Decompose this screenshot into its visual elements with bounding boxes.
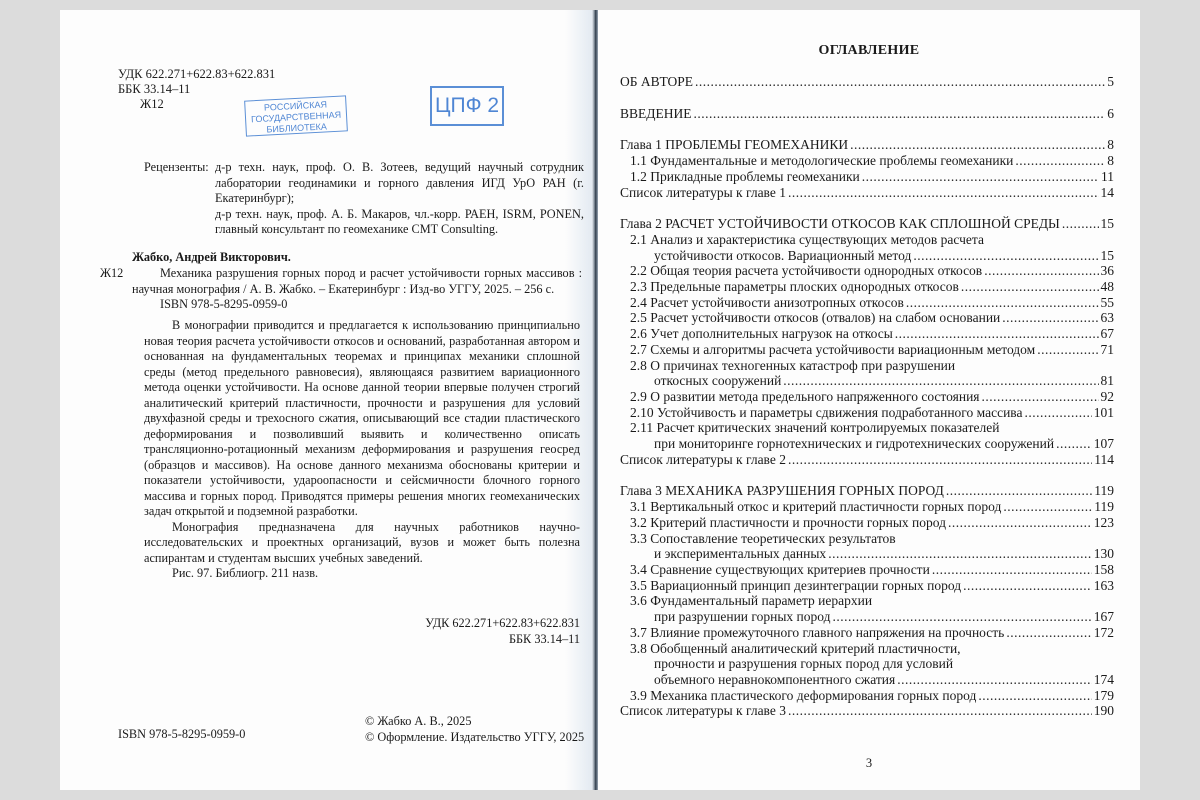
reviewers-block: Рецензенты: д-р техн. наук, проф. О. В. … (144, 160, 584, 238)
toc-entry-title: 2.9 О развитии метода предельного напряж… (630, 389, 980, 405)
toc-entry[interactable]: 3.9 Механика пластического деформировани… (620, 688, 1114, 704)
toc-entry-title: 2.7 Схемы и алгоритмы расчета устойчивос… (630, 342, 1035, 358)
toc-entry-title: 2.10 Устойчивость и параметры сдвижения … (630, 405, 1022, 421)
reviewers-label: Рецензенты: (144, 160, 209, 176)
toc-entry[interactable]: Глава 2 РАСЧЕТ УСТОЙЧИВОСТИ ОТКОСОВ КАК … (620, 216, 1114, 232)
toc-entry-page: 71 (1101, 342, 1115, 358)
toc-entry[interactable]: Глава 1 ПРОБЛЕМЫ ГЕОМЕХАНИКИ8 (620, 137, 1114, 153)
toc-entry-title: при разрушении горных пород (654, 609, 830, 625)
toc-entry-page: 123 (1094, 515, 1114, 531)
dot-leader (783, 373, 1098, 389)
dot-leader (695, 74, 1105, 90)
bottom-udk: УДК 622.271+622.83+622.831 (425, 616, 580, 632)
dot-leader (946, 483, 1092, 499)
toc-entry-title[interactable]: 3.6 Фундаментальный параметр иерархии (620, 593, 1114, 609)
toc-entry[interactable]: 2.10 Устойчивость и параметры сдвижения … (620, 405, 1114, 421)
toc-entry[interactable]: 2.2 Общая теория расчета устойчивости од… (620, 263, 1114, 279)
isbn-line: ISBN 978-5-8295-0959-0 (160, 297, 582, 313)
toc-entry[interactable]: 2.5 Расчет устойчивости откосов (отвалов… (620, 310, 1114, 326)
toc-entry-page: 119 (1094, 483, 1114, 499)
toc-entry-page: 14 (1101, 185, 1115, 201)
toc-entry-title[interactable]: 2.11 Расчет критических значений контрол… (620, 420, 1114, 436)
toc-entry[interactable]: 2.4 Расчет устойчивости анизотропных отк… (620, 295, 1114, 311)
dot-leader (1024, 405, 1091, 421)
toc-entry-title: 3.5 Вариационный принцип дезинтеграции г… (630, 578, 961, 594)
toc-entry-page: 8 (1107, 137, 1114, 153)
dot-leader (932, 562, 1092, 578)
toc-entry-page: 107 (1094, 436, 1114, 452)
toc-entry[interactable]: ОБ АВТОРЕ5 (620, 74, 1114, 90)
left-page-imprint: УДК 622.271+622.83+622.831 ББК 33.14–11 … (60, 10, 592, 790)
dot-leader (963, 578, 1092, 594)
toc-entry-page: 48 (1101, 279, 1115, 295)
toc-entry-page: 190 (1094, 703, 1114, 719)
copyright-block: © Жабко А. В., 2025 © Оформление. Издате… (365, 714, 584, 745)
toc-entry[interactable]: 3.7 Влияние промежуточного главного напр… (620, 625, 1114, 641)
toc-entry-title: Список литературы к главе 3 (620, 703, 786, 719)
toc-entry-page: 158 (1094, 562, 1114, 578)
toc-entry-title: и экспериментальных данных (654, 546, 826, 562)
dot-leader (961, 279, 1099, 295)
toc-entry-title: 3.1 Вертикальный откос и критерий пласти… (630, 499, 1001, 515)
toc-entry-title: ВВЕДЕНИЕ (620, 106, 691, 122)
udk-code: УДК 622.271+622.83+622.831 (118, 67, 275, 82)
dot-leader (913, 248, 1098, 264)
bottom-bbk: ББК 33.14–11 (425, 632, 580, 648)
toc-entry-page: 172 (1094, 625, 1114, 641)
dot-leader (1037, 342, 1098, 358)
reviewer-2: д-р техн. наук, проф. А. Б. Макаров, чл.… (215, 207, 584, 238)
dot-leader (978, 688, 1091, 704)
toc-entry-title: устойчивости откосов. Вариационный метод (654, 248, 911, 264)
dot-leader (1015, 153, 1105, 169)
toc-entry-page: 163 (1094, 578, 1114, 594)
toc-entry-title: при мониторинге горнотехнических и гидро… (654, 436, 1054, 452)
toc-entry-title: Глава 2 РАСЧЕТ УСТОЙЧИВОСТИ ОТКОСОВ КАК … (620, 216, 1060, 232)
toc-entry-page: 15 (1101, 216, 1115, 232)
library-stamp: РОССИЙСКАЯ ГОСУДАРСТВЕННАЯ БИБЛИОТЕКА (244, 95, 348, 136)
toc-entry[interactable]: объемного неравнокомпонентного сжатия174 (620, 672, 1114, 688)
dot-leader (1002, 310, 1098, 326)
toc-entry-page: 6 (1107, 106, 1114, 122)
toc-entry-page: 174 (1094, 672, 1114, 688)
toc-entry-title: 3.7 Влияние промежуточного главного напр… (630, 625, 1004, 641)
toc-entry-page: 8 (1107, 153, 1114, 169)
toc-entry-page: 114 (1094, 452, 1114, 468)
dot-leader (906, 295, 1099, 311)
toc-entry-page: 119 (1094, 499, 1114, 515)
toc-entry[interactable]: 3.4 Сравнение существующих критериев про… (620, 562, 1114, 578)
table-of-contents: ОБ АВТОРЕ5ВВЕДЕНИЕ6Глава 1 ПРОБЛЕМЫ ГЕОМ… (620, 74, 1114, 719)
toc-entry-title: 1.2 Прикладные проблемы геомеханики (630, 169, 860, 185)
toc-entry[interactable]: Список литературы к главе 114 (620, 185, 1114, 201)
abstract-paragraph: Монография предназначена для научных раб… (144, 520, 580, 567)
bib-code: Ж12 (100, 266, 123, 282)
toc-entry-title[interactable]: 3.8 Обобщенный аналитический критерий пл… (620, 641, 1114, 657)
toc-entry-title: Список литературы к главе 1 (620, 185, 786, 201)
toc-entry-title: откосных сооружений (654, 373, 781, 389)
toc-entry[interactable]: откосных сооружений81 (620, 373, 1114, 389)
book-spread: УДК 622.271+622.83+622.831 ББК 33.14–11 … (60, 10, 1140, 790)
toc-entry[interactable]: устойчивости откосов. Вариационный метод… (620, 248, 1114, 264)
toc-entry-title[interactable]: 2.8 О причинах техногенных катастроф при… (620, 358, 1114, 374)
toc-entry[interactable]: при разрушении горных пород167 (620, 609, 1114, 625)
toc-entry[interactable]: 1.1 Фундаментальные и методологические п… (620, 153, 1114, 169)
toc-entry[interactable]: 3.2 Критерий пластичности и прочности го… (620, 515, 1114, 531)
dot-leader (982, 389, 1099, 405)
toc-entry-page: 130 (1094, 546, 1114, 562)
toc-entry[interactable]: при мониторинге горнотехнических и гидро… (620, 436, 1114, 452)
toc-entry-page: 81 (1101, 373, 1115, 389)
toc-entry-title: 2.5 Расчет устойчивости откосов (отвалов… (630, 310, 1000, 326)
toc-entry-title: 3.9 Механика пластического деформировани… (630, 688, 976, 704)
dot-leader (1003, 499, 1092, 515)
dot-leader (897, 672, 1092, 688)
toc-entry-page: 15 (1101, 248, 1115, 264)
toc-entry-title[interactable]: 2.1 Анализ и характеристика существующих… (620, 232, 1114, 248)
toc-entry-page: 167 (1094, 609, 1114, 625)
toc-entry-title: 3.4 Сравнение существующих критериев про… (630, 562, 930, 578)
cpf-stamp: ЦПФ 2 (430, 86, 504, 126)
toc-entry[interactable]: и экспериментальных данных130 (620, 546, 1114, 562)
bbk-code: ББК 33.14–11 (118, 82, 275, 97)
toc-entry[interactable]: 2.3 Предельные параметры плоских однород… (620, 279, 1114, 295)
toc-entry[interactable]: 2.7 Схемы и алгоритмы расчета устойчивос… (620, 342, 1114, 358)
toc-entry[interactable]: Список литературы к главе 3190 (620, 703, 1114, 719)
toc-entry-title: Глава 1 ПРОБЛЕМЫ ГЕОМЕХАНИКИ (620, 137, 848, 153)
bottom-isbn: ISBN 978-5-8295-0959-0 (118, 727, 245, 742)
dot-leader (693, 106, 1105, 122)
toc-entry-title: ОБ АВТОРЕ (620, 74, 693, 90)
toc-entry-page: 179 (1094, 688, 1114, 704)
dot-leader (895, 326, 1099, 342)
dot-leader (1056, 436, 1092, 452)
toc-entry[interactable]: 3.5 Вариационный принцип дезинтеграции г… (620, 578, 1114, 594)
copyright-author: © Жабко А. В., 2025 (365, 714, 584, 730)
copyright-publisher: © Оформление. Издательство УГГУ, 2025 (365, 730, 584, 746)
toc-entry-title: 1.1 Фундаментальные и методологические п… (630, 153, 1013, 169)
dot-leader (788, 703, 1092, 719)
toc-entry-title: 2.3 Предельные параметры плоских однород… (630, 279, 959, 295)
dot-leader (948, 515, 1092, 531)
dot-leader (828, 546, 1092, 562)
page-number: 3 (598, 756, 1140, 771)
toc-entry-title: 3.2 Критерий пластичности и прочности го… (630, 515, 946, 531)
right-page-contents: ОГЛАВЛЕНИЕ ОБ АВТОРЕ5ВВЕДЕНИЕ6Глава 1 ПР… (598, 10, 1140, 790)
toc-entry-title-continued: прочности и разрушения горных пород для … (620, 656, 1114, 672)
dot-leader (832, 609, 1091, 625)
dot-leader (862, 169, 1099, 185)
dot-leader (850, 137, 1105, 153)
figures-note: Рис. 97. Библиогр. 211 назв. (144, 566, 580, 582)
toc-entry-page: 55 (1101, 295, 1115, 311)
abstract: В монографии приводится и предлагается к… (144, 318, 580, 582)
bottom-classification: УДК 622.271+622.83+622.831 ББК 33.14–11 (425, 616, 580, 647)
toc-entry-page: 36 (1101, 263, 1115, 279)
bibliographic-record: Жабко, Андрей Викторович. Ж12 Механика р… (100, 250, 582, 313)
toc-entry-title: объемного неравнокомпонентного сжатия (654, 672, 895, 688)
toc-entry[interactable]: ВВЕДЕНИЕ6 (620, 106, 1114, 122)
toc-entry[interactable]: 3.1 Вертикальный откос и критерий пласти… (620, 499, 1114, 515)
bib-description: Механика разрушения горных пород и расче… (132, 266, 582, 298)
toc-entry[interactable]: 1.2 Прикладные проблемы геомеханики11 (620, 169, 1114, 185)
toc-entry[interactable]: Список литературы к главе 2114 (620, 452, 1114, 468)
toc-entry-page: 5 (1107, 74, 1114, 90)
toc-title: ОГЛАВЛЕНИЕ (598, 43, 1140, 59)
abstract-paragraph: В монографии приводится и предлагается к… (144, 318, 580, 520)
dot-leader (1062, 216, 1099, 232)
toc-entry[interactable]: Глава 3 МЕХАНИКА РАЗРУШЕНИЯ ГОРНЫХ ПОРОД… (620, 483, 1114, 499)
toc-entry[interactable]: 2.9 О развитии метода предельного напряж… (620, 389, 1114, 405)
author-heading: Жабко, Андрей Викторович. (132, 250, 582, 266)
toc-entry-page: 101 (1094, 405, 1114, 421)
toc-entry-page: 92 (1101, 389, 1115, 405)
dot-leader (984, 263, 1098, 279)
reviewer-1: д-р техн. наук, проф. О. В. Зотеев, веду… (215, 160, 584, 207)
toc-entry-page: 11 (1101, 169, 1114, 185)
toc-entry-title: Глава 3 МЕХАНИКА РАЗРУШЕНИЯ ГОРНЫХ ПОРОД (620, 483, 944, 499)
dot-leader (788, 452, 1092, 468)
toc-entry-title[interactable]: 3.3 Сопоставление теоретических результа… (620, 531, 1114, 547)
toc-entry[interactable]: 2.6 Учет дополнительных нагрузок на отко… (620, 326, 1114, 342)
toc-entry-page: 67 (1101, 326, 1115, 342)
toc-entry-title: 2.4 Расчет устойчивости анизотропных отк… (630, 295, 904, 311)
toc-entry-title: 2.2 Общая теория расчета устойчивости од… (630, 263, 982, 279)
toc-entry-page: 63 (1101, 310, 1115, 326)
toc-entry-title: Список литературы к главе 2 (620, 452, 786, 468)
toc-entry-title: 2.6 Учет дополнительных нагрузок на отко… (630, 326, 893, 342)
dot-leader (1006, 625, 1091, 641)
dot-leader (788, 185, 1099, 201)
